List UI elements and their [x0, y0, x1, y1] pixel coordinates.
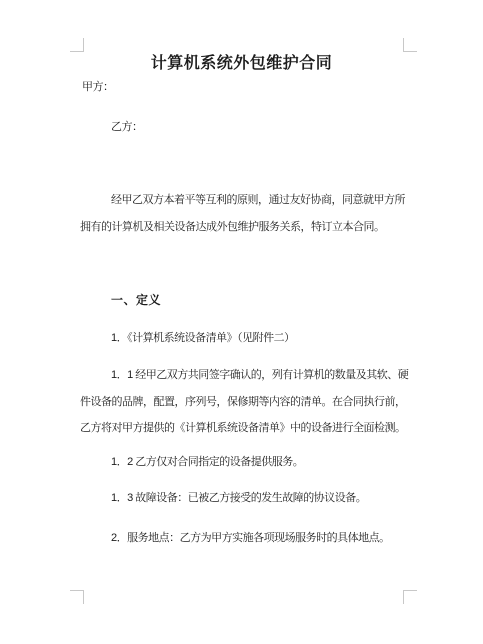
clause-1-1-line-1: 1．1 经甲乙双方共同签字确认的，列有计算机的数量及其软、硬	[111, 368, 408, 382]
crop-mark-bottom-right	[403, 590, 417, 604]
section-1-heading: 一、定义	[111, 293, 161, 307]
clause-1-2: 1．2 乙方仅对合同指定的设备提供服务。	[111, 455, 303, 469]
clause-1-3: 1．3 故障设备：已被乙方接受的发生故障的协议设备。	[111, 491, 366, 505]
intro-paragraph-line-2: 拥有的计算机及相关设备达成外包维护服务关系，特订立本合同。	[80, 220, 385, 234]
clause-1-1-line-3: 乙方将对甲方提供的《计算机系统设备清单》中的设备进行全面检测。	[80, 421, 406, 435]
party-a-label: 甲方：	[82, 80, 114, 94]
clause-1-1-line-2: 件设备的品牌，配置，序列号，保修期等内容的清单。在合同执行前，	[80, 395, 406, 409]
crop-mark-top-right	[403, 38, 417, 52]
contract-title: 计算机系统外包维护合同	[0, 55, 483, 73]
clause-2: 2．服务地点：乙方为甲方实施各项现场服务时的具体地点。	[111, 531, 390, 545]
crop-mark-top-left	[70, 38, 84, 52]
party-b-label: 乙方：	[111, 120, 143, 134]
document-page: 计算机系统外包维护合同 甲方： 乙方： 经甲乙双方本着平等互利的原则，通过友好协…	[0, 0, 483, 644]
crop-mark-bottom-left	[70, 590, 84, 604]
clause-1: 1．《计算机系统设备清单》（见附件二）	[111, 331, 295, 345]
intro-paragraph-line-1: 经甲乙双方本着平等互利的原则，通过友好协商，同意就甲方所	[111, 193, 405, 207]
